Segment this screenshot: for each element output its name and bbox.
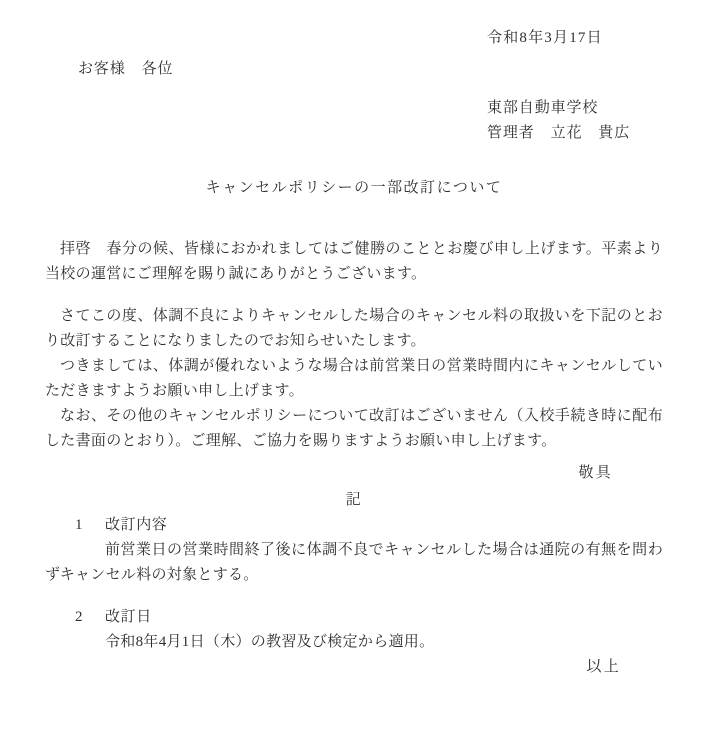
paragraph-note: なお、その他のキャンセルポリシーについて改訂はございません（入校手続き時に配布し…: [45, 404, 663, 454]
record-marker-ki: 記: [45, 488, 663, 513]
closing-keigu: 敬具: [45, 461, 663, 486]
paragraph-announcement: さてこの度、体調不良によりキャンセルした場合のキャンセル料の取扱いを下記のとおり…: [45, 304, 663, 354]
sender-block: 東部自動車学校 管理者 立花 貴広: [487, 96, 663, 146]
letter-body: 拝啓 春分の候、皆様におかれましてはご健勝のこととお慶び申し上げます。平素より当…: [45, 237, 663, 454]
item-heading: 改訂内容: [105, 513, 167, 538]
revision-item-content: 1 改訂内容 前営業日の営業時間終了後に体調不良でキャンセルした場合は通院の有無…: [45, 513, 663, 588]
sender-organization: 東部自動車学校: [487, 96, 663, 121]
item-body-text: 前営業日の営業時間終了後に体調不良でキャンセルした場合は通院の有無を問わずキャン…: [45, 538, 663, 588]
cancellation-policy-letter: 令和8年3月17日 お客様 各位 東部自動車学校 管理者 立花 貴広 キャンセル…: [45, 26, 663, 680]
item-heading: 改訂日: [105, 605, 152, 630]
paragraph-greeting: 拝啓 春分の候、皆様におかれましてはご健勝のこととお慶び申し上げます。平素より当…: [45, 237, 663, 287]
recipient-line: お客様 各位: [78, 57, 663, 82]
item-heading-row: 2 改訂日: [45, 605, 663, 630]
sender-person: 管理者 立花 貴広: [487, 121, 663, 146]
item-heading-row: 1 改訂内容: [45, 513, 663, 538]
item-body-text: 令和8年4月1日（木）の教習及び検定から適用。: [45, 630, 663, 655]
item-number: 2: [75, 605, 105, 630]
item-number: 1: [75, 513, 105, 538]
paragraph-request: つきましては、体調が優れないような場合は前営業日の営業時間内にキャンセルしていた…: [45, 354, 663, 404]
end-marker-ijou: 以上: [45, 655, 663, 680]
letter-title: キャンセルポリシーの一部改訂について: [45, 176, 663, 201]
revision-item-date: 2 改訂日 令和8年4月1日（木）の教習及び検定から適用。: [45, 605, 663, 655]
letter-date: 令和8年3月17日: [487, 26, 663, 51]
letter-page: 令和8年3月17日 お客様 各位 東部自動車学校 管理者 立花 貴広 キャンセル…: [0, 0, 706, 738]
